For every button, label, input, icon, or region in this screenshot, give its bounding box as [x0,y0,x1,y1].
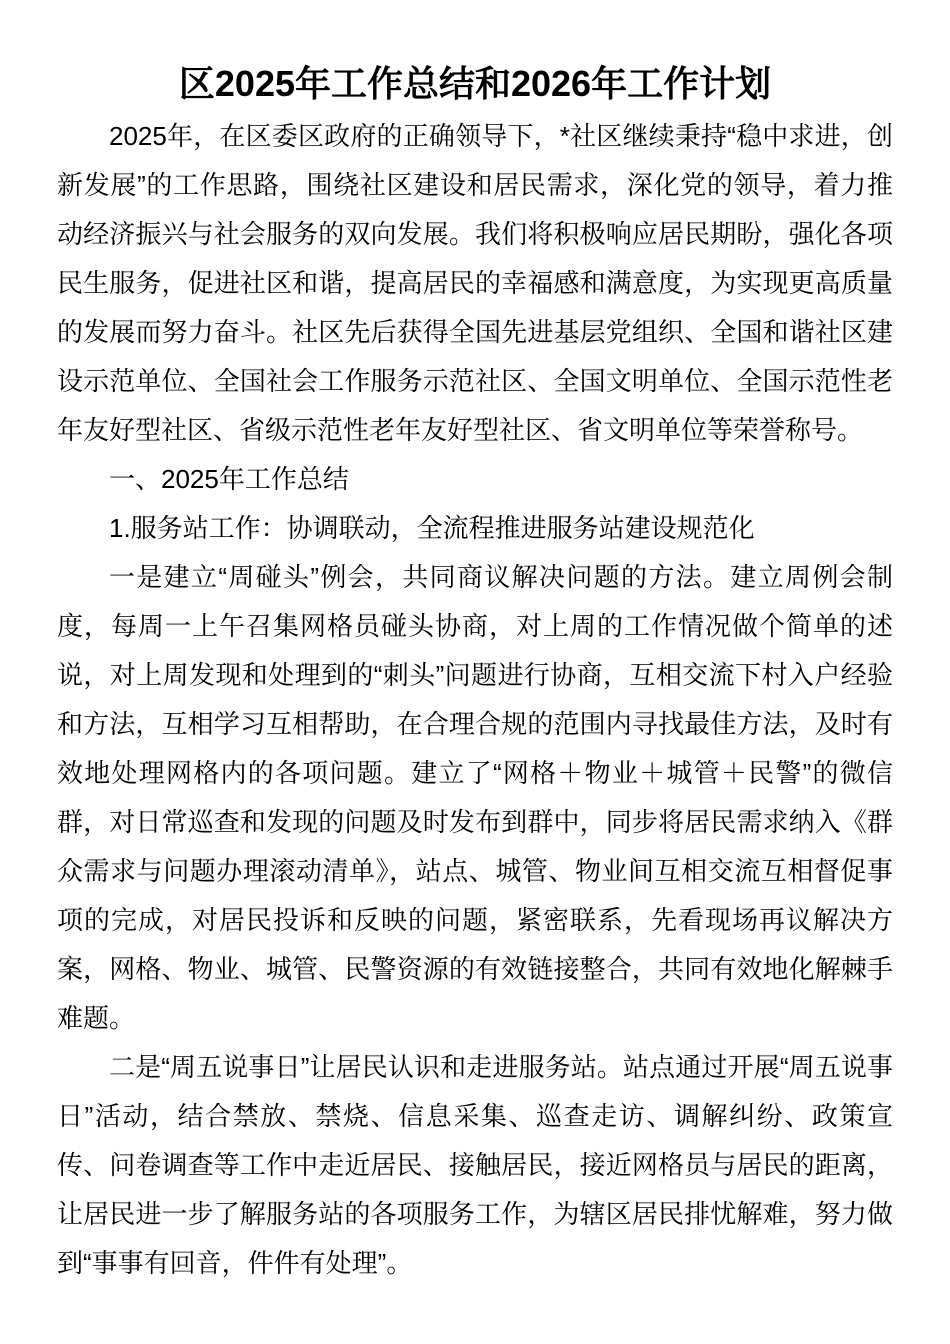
subsection-heading: 1.服务站工作：协调联动，全流程推进服务站建设规范化 [57,504,893,553]
document-page: 区2025年工作总结和2026年工作计划 2025年，在区委区政府的正确领导下，… [0,0,950,1344]
body-paragraph: 一是建立“周碰头”例会，共同商议解决问题的方法。建立周例会制度，每周一上午召集网… [57,553,893,1043]
section-heading: 一、2025年工作总结 [57,455,893,504]
document-title: 区2025年工作总结和2026年工作计划 [57,56,893,112]
body-paragraph: 2025年，在区委区政府的正确领导下，*社区继续秉持“稳中求进，创新发展”的工作… [57,112,893,455]
body-paragraph: 二是“周五说事日”让居民认识和走进服务站。站点通过开展“周五说事日”活动，结合禁… [57,1043,893,1288]
document-body: 2025年，在区委区政府的正确领导下，*社区继续秉持“稳中求进，创新发展”的工作… [57,112,893,1288]
